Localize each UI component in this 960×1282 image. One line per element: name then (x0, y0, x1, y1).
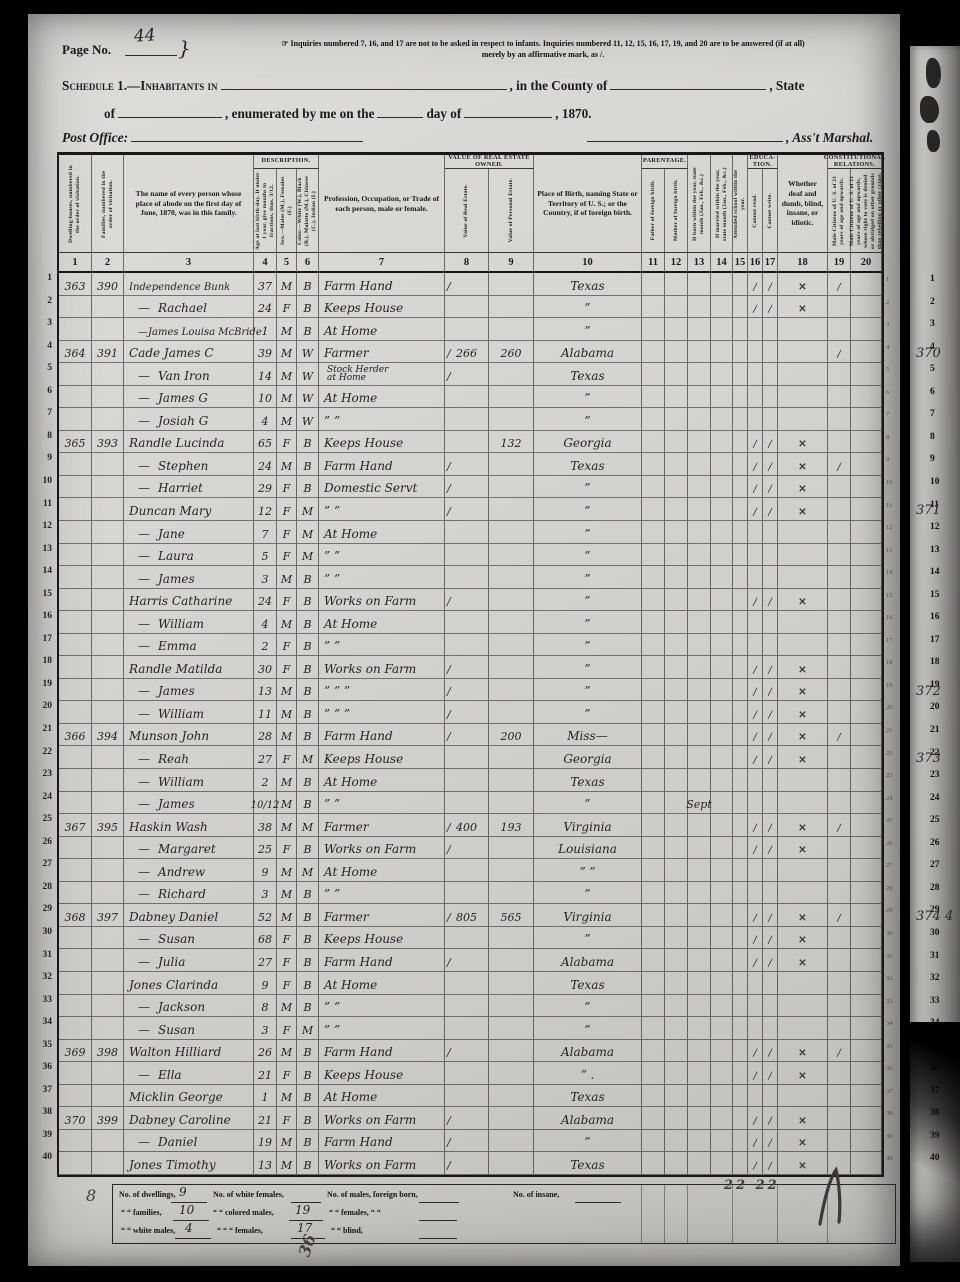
birthplace: Alabama (561, 346, 614, 360)
row-26-col-1 (59, 837, 92, 860)
birthplace: Virginia (563, 910, 611, 924)
row-37-col-3: Micklin George (124, 1085, 254, 1108)
row-number-18: 18 (34, 656, 52, 666)
row-37-col-13 (688, 1085, 711, 1108)
row-22-col-14 (711, 746, 733, 769)
row-30-col-19 (828, 927, 851, 950)
column-header-19: Male Citizens of U. S. of 21 years of ag… (828, 169, 851, 253)
next-page-row-number-7: 7 (930, 409, 935, 419)
occupation: Works on Farm (319, 1113, 416, 1127)
color: B (303, 979, 311, 992)
row-21-col-1: 366 (59, 724, 92, 747)
person-name: James (158, 684, 195, 698)
cannot-write-mark: ∕ (768, 665, 771, 676)
person-name: Stephen (158, 459, 208, 473)
row-12-col-5: F (277, 521, 297, 544)
affirmative-tick: ∕ (447, 911, 451, 924)
person-name: Randle Lucinda (124, 436, 224, 450)
row-36-col-2 (92, 1062, 124, 1085)
cannot-read-mark: ∕ (753, 1071, 756, 1082)
row-8-col-15 (733, 431, 748, 454)
row-35-col-14 (711, 1040, 733, 1063)
row-11-col-18: ✕ (778, 498, 828, 521)
row-32-col-16 (748, 972, 763, 995)
row-30-col-1 (59, 927, 92, 950)
edge-row-number-13: 13 (886, 547, 898, 554)
dwelling-number: 367 (65, 821, 86, 834)
schedule-suffix: , State (769, 78, 804, 93)
column-header-18: Whether deaf and dumb, blind, insane, or… (778, 155, 828, 253)
row-16-col-8 (445, 611, 489, 634)
row-9-col-11 (642, 453, 665, 476)
sex: M (281, 1159, 292, 1172)
person-name: Cade James C (124, 346, 214, 360)
row-28-col-11 (642, 882, 665, 905)
age: 10/12 (251, 800, 280, 811)
row-24-col-17 (763, 792, 778, 815)
row-26-col-8: ∕ (445, 837, 489, 860)
row-29-col-16: ∕ (748, 904, 763, 927)
birthplace: ” (584, 662, 590, 676)
edge-row-number-14: 14 (886, 569, 898, 576)
row-6-col-11 (642, 386, 665, 409)
row-35-col-5: M (277, 1040, 297, 1063)
sex: F (283, 482, 291, 495)
birthplace: Texas (570, 459, 604, 473)
tally-dwellings-value: 9 (179, 1185, 187, 1199)
row-13-col-13 (688, 544, 711, 567)
occupation: ” ” (319, 797, 340, 811)
row-17-col-15 (733, 634, 748, 657)
column18-x-mark: ✕ (798, 484, 806, 495)
edge-row-number-1: 1 (886, 276, 898, 283)
row-34-col-9 (489, 1017, 534, 1040)
row-37-col-5: M (277, 1085, 297, 1108)
row-24-col-15 (733, 792, 748, 815)
birthplace: ” (584, 1000, 590, 1014)
row-26-col-11 (642, 837, 665, 860)
row-22-col-1 (59, 746, 92, 769)
row-14-col-2 (92, 566, 124, 589)
column-number-18: 18 (778, 253, 828, 273)
row-23-col-13 (688, 769, 711, 792)
next-page-row-number-32: 32 (930, 973, 940, 983)
cannot-write-mark: ∕ (768, 1116, 771, 1127)
row-30-col-3: —Susan (124, 927, 254, 950)
column-header-label-8: Value of Real Estate. (463, 184, 470, 238)
next-page-row-number-14: 14 (930, 567, 940, 577)
row-28-col-19 (828, 882, 851, 905)
tally-colored-females-label: “ “ “ females, (217, 1226, 263, 1235)
row-31-col-7: Farm Hand (319, 949, 445, 972)
row-number-37: 37 (34, 1085, 52, 1095)
column18-x-mark: ✕ (798, 958, 806, 969)
dwelling-number: 364 (65, 347, 86, 360)
age: 24 (258, 460, 272, 473)
row-31-col-16: ∕ (748, 949, 763, 972)
row-4-col-10: Alabama (534, 341, 642, 364)
row-11-col-1 (59, 498, 92, 521)
row-3-col-12 (665, 318, 688, 341)
row-3-col-17 (763, 318, 778, 341)
row-5-col-16 (748, 363, 763, 386)
row-37-col-19 (828, 1085, 851, 1108)
row-10-col-11 (642, 476, 665, 499)
row-number-2: 2 (34, 296, 52, 306)
column-header-label-13: If born within the year, state month (Ja… (692, 165, 706, 243)
cannot-read-mark: ∕ (753, 304, 756, 315)
row-38-col-19 (828, 1107, 851, 1130)
next-page-row-number-25: 25 (930, 815, 940, 825)
male-citizen-mark: ∕ (837, 732, 840, 743)
continuation-dash: — (124, 1068, 158, 1082)
row-18-col-17: ∕ (763, 656, 778, 679)
row-14-col-15 (733, 566, 748, 589)
column-header-1: Dwelling-houses, numbered in the order o… (59, 155, 92, 253)
person-name: Van Iron (158, 369, 210, 383)
row-35-col-4: 26 (254, 1040, 277, 1063)
birthplace: ” (584, 549, 590, 563)
row-number-1: 1 (34, 273, 52, 283)
row-number-17: 17 (34, 634, 52, 644)
inquiries-note: ☞ Inquiries numbered 7, 16, and 17 are n… (220, 38, 866, 60)
color: M (302, 866, 313, 879)
birthplace: ” (584, 797, 590, 811)
row-7-col-14 (711, 408, 733, 431)
age: 27 (258, 753, 272, 766)
tally-families-label: “ “ families, (121, 1208, 162, 1217)
sex: M (281, 866, 292, 879)
row-29-col-17: ∕ (763, 904, 778, 927)
row-9-col-12 (665, 453, 688, 476)
cannot-write-mark: ∕ (768, 282, 771, 293)
row-40-col-9 (489, 1152, 534, 1175)
row-39-col-7: Farm Hand (319, 1130, 445, 1153)
tally-white-males-label: “ “ white males, (121, 1226, 175, 1235)
row-28-col-9 (489, 882, 534, 905)
tally-box: No. of dwellings, 9 No. of white females… (112, 1184, 896, 1244)
row-17-col-10: ” (534, 634, 642, 657)
continuation-dash: — (124, 527, 158, 541)
occupation: At Home (319, 617, 377, 631)
tally-colored-males-label: “ “ colored males, (213, 1208, 274, 1217)
column-header-label-12: Mother of foreign birth. (673, 179, 680, 241)
color: B (303, 798, 311, 811)
column-number-7: 7 (319, 253, 445, 273)
person-name: Dabney Caroline (124, 1113, 231, 1127)
row-26-col-9 (489, 837, 534, 860)
row-18-col-10: ” (534, 656, 642, 679)
column-number-2: 2 (92, 253, 124, 273)
row-18-col-11 (642, 656, 665, 679)
row-22-col-4: 27 (254, 746, 277, 769)
cannot-read-mark: ∕ (753, 755, 756, 766)
row-12-col-14 (711, 521, 733, 544)
row-10-col-17: ∕ (763, 476, 778, 499)
row-13-col-16 (748, 544, 763, 567)
schedule-prefix: Schedule 1.—Inhabitants in (62, 78, 218, 93)
sex: M (281, 776, 292, 789)
column-number-4: 4 (254, 253, 277, 273)
row-3-col-13 (688, 318, 711, 341)
birthplace: ” (584, 684, 590, 698)
row-number-23: 23 (34, 769, 52, 779)
edge-row-number-20: 20 (886, 704, 898, 711)
row-34-col-13 (688, 1017, 711, 1040)
cannot-write-mark: ∕ (768, 935, 771, 946)
row-34-col-16 (748, 1017, 763, 1040)
row-27-col-16 (748, 859, 763, 882)
row-22-col-8 (445, 746, 489, 769)
color: B (303, 573, 311, 586)
row-26-col-10: Louisiana (534, 837, 642, 860)
row-10-col-19 (828, 476, 851, 499)
row-34-col-17 (763, 1017, 778, 1040)
row-18-col-6: B (297, 656, 319, 679)
row-5-col-12 (665, 363, 688, 386)
row-19-col-15 (733, 679, 748, 702)
dwelling-number: 368 (65, 911, 86, 924)
sex: M (281, 415, 292, 428)
age: 1 (262, 1091, 269, 1104)
color: M (302, 1024, 313, 1037)
row-28-col-14 (711, 882, 733, 905)
row-24-col-8 (445, 792, 489, 815)
affirmative-tick: ∕ (447, 482, 451, 495)
row-9-col-2 (92, 453, 124, 476)
person-name: Emma (158, 639, 197, 653)
row-27-col-10: ” ” (534, 859, 642, 882)
row-27-col-8 (445, 859, 489, 882)
edge-row-number-6: 6 (886, 389, 898, 396)
affirmative-tick: ∕ (447, 821, 451, 834)
cannot-write-mark: ∕ (768, 1048, 771, 1059)
age: 10 (258, 392, 272, 405)
birthplace: Texas (570, 775, 604, 789)
row-5-col-3: —Van Iron (124, 363, 254, 386)
row-22-col-5: F (277, 746, 297, 769)
row-15-col-6: B (297, 589, 319, 612)
age: 21 (258, 1069, 272, 1082)
row-7-col-13 (688, 408, 711, 431)
cannot-read-mark: ∕ (753, 507, 756, 518)
sex: M (281, 821, 292, 834)
color: B (303, 933, 311, 946)
row-33-col-10: ” (534, 995, 642, 1018)
row-28-col-15 (733, 882, 748, 905)
row-13-col-2 (92, 544, 124, 567)
row-29-col-1: 368 (59, 904, 92, 927)
family-number: 397 (97, 911, 118, 924)
cannot-read-mark: ∕ (753, 665, 756, 676)
sex: M (281, 911, 292, 924)
row-12-col-4: 7 (254, 521, 277, 544)
tally-colored-males-value: 19 (295, 1203, 310, 1217)
age: 65 (258, 437, 272, 450)
row-5-col-8: ∕ (445, 363, 489, 386)
color: B (303, 843, 311, 856)
row-22-col-19 (828, 746, 851, 769)
row-38-col-8: ∕ (445, 1107, 489, 1130)
cannot-read-mark: ∕ (753, 282, 756, 293)
row-25-col-12 (665, 814, 688, 837)
row-40-col-4: 13 (254, 1152, 277, 1175)
row-18-col-1 (59, 656, 92, 679)
occupation: Works on Farm (319, 842, 416, 856)
person-name: James Louisa McBride (148, 327, 262, 338)
column18-x-mark: ✕ (798, 1048, 806, 1059)
row-number-12: 12 (34, 521, 52, 531)
row-37-col-4: 1 (254, 1085, 277, 1108)
row-18-col-18: ✕ (778, 656, 828, 679)
column18-x-mark: ✕ (798, 282, 806, 293)
tally-insane-label: No. of insane, (513, 1190, 559, 1199)
occupation: Works on Farm (319, 662, 416, 676)
row-20-col-13 (688, 701, 711, 724)
cannot-write-mark: ∕ (768, 1138, 771, 1149)
column-header-5: Sex.—Males (M.), Females (F.) (277, 169, 297, 253)
row-11-col-13 (688, 498, 711, 521)
row-28-col-16 (748, 882, 763, 905)
row-35-col-10: Alabama (534, 1040, 642, 1063)
row-40-col-12 (665, 1152, 688, 1175)
row-17-col-20 (851, 634, 882, 657)
row-9-col-5: M (277, 453, 297, 476)
row-37-col-18 (778, 1085, 828, 1108)
row-33-col-6: B (297, 995, 319, 1018)
sex: F (283, 843, 291, 856)
sex: M (281, 325, 292, 338)
row-30-col-8 (445, 927, 489, 950)
age: 4 (262, 415, 269, 428)
row-8-col-20 (851, 431, 882, 454)
sex: M (281, 730, 292, 743)
person-name: Jane (158, 527, 185, 541)
row-39-col-15 (733, 1130, 748, 1153)
row-10-col-13 (688, 476, 711, 499)
row-20-col-17: ∕ (763, 701, 778, 724)
row-19-col-12 (665, 679, 688, 702)
row-15-col-14 (711, 589, 733, 612)
edge-row-number-17: 17 (886, 637, 898, 644)
row-23-col-20 (851, 769, 882, 792)
column18-x-mark: ✕ (798, 823, 806, 834)
row-33-col-11 (642, 995, 665, 1018)
row-9-col-14 (711, 453, 733, 476)
row-9-col-20 (851, 453, 882, 476)
row-40-col-17: ∕ (763, 1152, 778, 1175)
occupation: ” ” (319, 1023, 340, 1037)
occupation: Keeps House (319, 1068, 403, 1082)
column-number-16: 16 (748, 253, 763, 273)
next-page-row-number-15: 15 (930, 590, 940, 600)
tally-line (419, 1201, 459, 1203)
row-33-col-14 (711, 995, 733, 1018)
row-28-col-6: B (297, 882, 319, 905)
occupation: Farm Hand (319, 459, 393, 473)
row-6-col-19 (828, 386, 851, 409)
person-name: Daniel (158, 1135, 197, 1149)
row-3-col-7: At Home (319, 318, 445, 341)
row-40-col-10: Texas (534, 1152, 642, 1175)
row-26-col-18: ✕ (778, 837, 828, 860)
row-2-col-1 (59, 296, 92, 319)
row-35-col-20 (851, 1040, 882, 1063)
continuation-dash: — (124, 572, 158, 586)
cannot-read-mark: ∕ (753, 1138, 756, 1149)
row-22-col-9 (489, 746, 534, 769)
person-name: Micklin George (124, 1090, 223, 1104)
row-11-col-16: ∕ (748, 498, 763, 521)
sex: F (283, 753, 291, 766)
row-number-33: 33 (34, 995, 52, 1005)
row-2-col-18: ✕ (778, 296, 828, 319)
next-page-row-number-8: 8 (930, 432, 935, 442)
row-24-col-18 (778, 792, 828, 815)
row-19-col-7: ” ” ” (319, 679, 445, 702)
page-no-handwritten: 44 (133, 25, 156, 46)
row-38-col-20 (851, 1107, 882, 1130)
row-5-col-14 (711, 363, 733, 386)
sex: M (281, 460, 292, 473)
color: M (302, 753, 313, 766)
age: 3 (262, 1024, 269, 1037)
row-29-col-20 (851, 904, 882, 927)
row-33-col-12 (665, 995, 688, 1018)
column-header-label-19: Male Citizens of U. S. of 21 years of ag… (832, 172, 846, 250)
sex: F (283, 979, 291, 992)
row-32-col-5: F (277, 972, 297, 995)
affirmative-tick: ∕ (447, 730, 451, 743)
row-11-col-14 (711, 498, 733, 521)
row-18-col-8: ∕ (445, 656, 489, 679)
row-25-col-8: ∕400 (445, 814, 489, 837)
row-number-8: 8 (34, 431, 52, 441)
row-11-col-2 (92, 498, 124, 521)
color: B (303, 888, 311, 901)
row-28-col-18 (778, 882, 828, 905)
row-13-col-5: F (277, 544, 297, 567)
row-8-col-14 (711, 431, 733, 454)
row-29-col-4: 52 (254, 904, 277, 927)
row-22-col-11 (642, 746, 665, 769)
row-8-col-19 (828, 431, 851, 454)
row-14-col-4: 3 (254, 566, 277, 589)
post-office-line: Post Office: (62, 130, 366, 146)
age: 24 (258, 302, 272, 315)
row-31-col-10: Alabama (534, 949, 642, 972)
row-6-col-9 (489, 386, 534, 409)
row-30-col-17: ∕ (763, 927, 778, 950)
row-25-col-2: 395 (92, 814, 124, 837)
row-14-col-20 (851, 566, 882, 589)
row-19-col-16: ∕ (748, 679, 763, 702)
row-11-col-4: 12 (254, 498, 277, 521)
row-7-col-10: ” (534, 408, 642, 431)
row-16-col-20 (851, 611, 882, 634)
row-5-col-20 (851, 363, 882, 386)
row-38-col-3: Dabney Caroline (124, 1107, 254, 1130)
row-29-col-9: 565 (489, 904, 534, 927)
color: B (303, 708, 311, 721)
row-36-col-16: ∕ (748, 1062, 763, 1085)
row-17-col-6: B (297, 634, 319, 657)
row-24-col-5: M (277, 792, 297, 815)
cannot-read-mark: ∕ (753, 687, 756, 698)
row-14-col-13 (688, 566, 711, 589)
column-number-6: 6 (297, 253, 319, 273)
row-3-col-10: ” (534, 318, 642, 341)
